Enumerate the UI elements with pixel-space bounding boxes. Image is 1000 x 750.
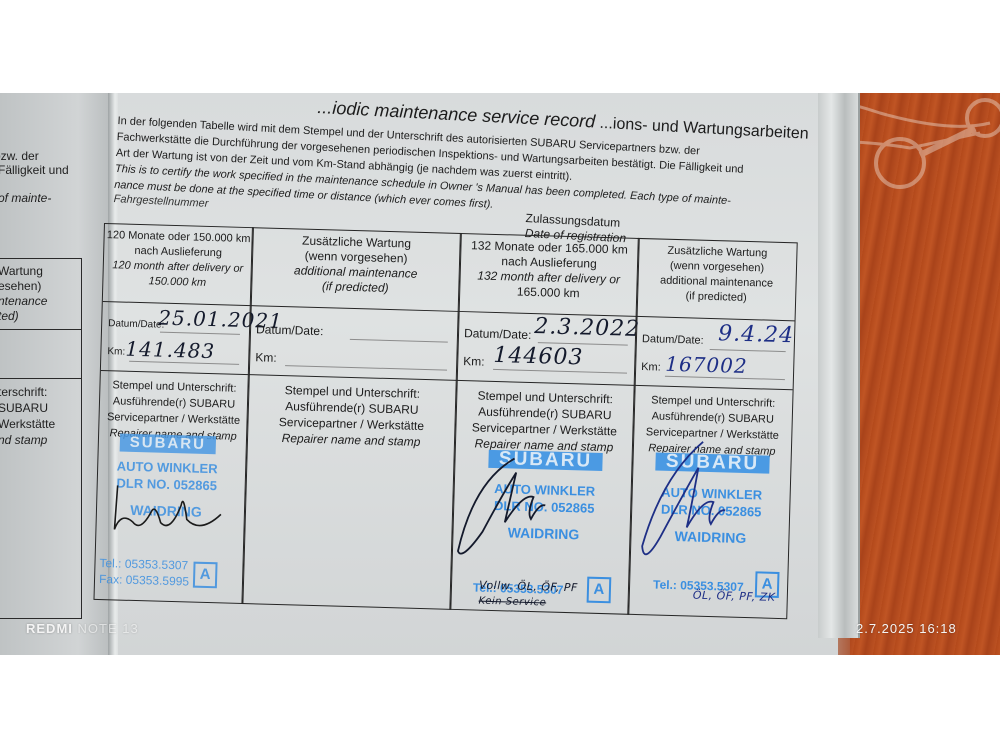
data-cell: Datum/Date: Km: (249, 306, 459, 381)
column-header: Zusätzliche Wartung (wenn vorgesehen) ad… (251, 228, 461, 312)
left-text-fragment: terschrift: (0, 385, 47, 399)
data-cell: Datum/Date: 9.4.24 Km: 167002 (635, 317, 795, 390)
camera-timestamp: 2.7.2025 16:18 (856, 621, 957, 636)
left-data-box (0, 328, 82, 379)
date-label: Datum/Date: (256, 322, 324, 338)
km-label: Km: (463, 354, 485, 369)
left-text-fragment: Werkstätte (0, 417, 55, 431)
data-cell: Datum/Date: 2.3.2022 Km: 144603 (457, 312, 637, 386)
km-label: Km: (107, 346, 125, 357)
date-line (160, 332, 240, 335)
date-label: Datum/Date: (464, 326, 532, 342)
stamp-cell: Stempel und Unterschrift: Ausführende(r)… (242, 375, 456, 609)
column-header: 132 Monate oder 165.000 km nach Ausliefe… (459, 234, 639, 317)
stamp-fax: Fax: 05353.5995 (99, 571, 189, 590)
left-text-fragment: Fälligkeit und (0, 163, 69, 177)
table-column: Zusätzliche Wartung (wenn vorgesehen) ad… (627, 238, 797, 619)
camera-watermark: REDMI NOTE 13 (26, 621, 139, 636)
table-column: 120 Monate oder 150.000 km nach Ausliefe… (93, 223, 253, 604)
service-km: 141.483 (125, 337, 215, 363)
stamp-cell: Stempel und Unterschrift: Ausführende(r)… (95, 371, 249, 603)
left-text-fragment: nd stamp (0, 433, 47, 447)
service-note-struck: Kein Service (478, 594, 546, 612)
service-date: 9.4.24 (718, 321, 795, 348)
signature-icon (110, 481, 232, 544)
maintenance-table: 120 Monate oder 150.000 km nach Ausliefe… (104, 223, 804, 243)
photo: bzw. der Fälligkeit und of mainte- Wartu… (0, 93, 1000, 655)
left-text-fragment: ntenance (0, 294, 47, 308)
device-model: NOTE 13 (78, 621, 139, 636)
km-line (285, 365, 447, 371)
date-line (350, 339, 448, 343)
date-label: Datum/Date: (642, 333, 704, 347)
signature-icon (452, 451, 575, 564)
date-line (710, 349, 786, 352)
page-edge (818, 93, 860, 638)
left-text-fragment: Wartung (0, 264, 43, 278)
left-text-fragment: esehen) (0, 279, 41, 293)
service-km: 167002 (665, 352, 748, 378)
left-text-fragment: SUBARU (0, 401, 48, 415)
stamp-badge: A (193, 562, 218, 589)
table-column: 132 Monate oder 165.000 km nach Ausliefe… (449, 233, 639, 615)
column-header: Zusätzliche Wartung (wenn vorgesehen) ad… (637, 239, 797, 321)
km-label: Km: (255, 350, 277, 365)
left-text-fragment: of mainte- (0, 191, 51, 205)
service-date: 2.3.2022 (534, 314, 641, 342)
service-km: 144603 (493, 343, 584, 371)
signature-icon (630, 436, 754, 569)
title-de: ...ions- und Wartungsarbeiten (599, 115, 809, 143)
column-header: 120 Monate oder 150.000 km nach Ausliefe… (103, 224, 253, 306)
stamp-brand: SUBARU (120, 434, 217, 455)
date-label: Datum/Date: (108, 318, 164, 331)
service-note: ÖL, ÖF, PF, ZK (693, 588, 776, 606)
stamp-cell: Stempel und Unterschrift: Ausführende(r)… (628, 386, 792, 618)
left-text-fragment: bzw. der (0, 149, 39, 163)
km-label: Km: (641, 361, 661, 374)
table-column: Zusätzliche Wartung (wenn vorgesehen) ad… (241, 227, 461, 610)
data-cell: Datum/Date: 25.01.2021 Km: 141.483 (101, 302, 251, 375)
device-brand: REDMI (26, 621, 73, 636)
stamp-cell: Stempel und Unterschrift: Ausführende(r)… (450, 381, 634, 614)
left-text-fragment: ted) (0, 309, 19, 323)
right-page: ...iodic maintenance service record ...i… (118, 93, 838, 655)
stamp-badge: A (587, 577, 612, 604)
